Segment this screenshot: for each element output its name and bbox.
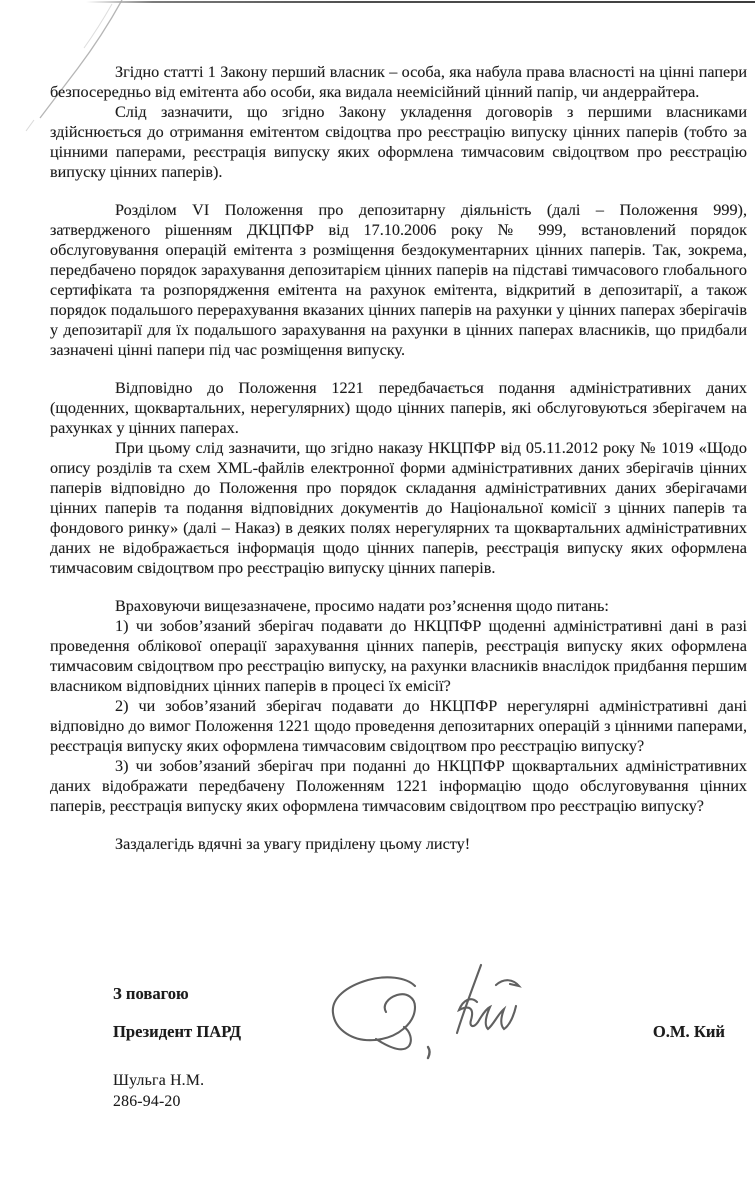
paragraph-questions-intro: Враховуючи вищезазначене, просимо надати… — [50, 596, 747, 616]
executor-phone: 286-94-20 — [113, 1091, 204, 1112]
paragraph-contracts: Слід зазначити, що згідно Закону укладен… — [50, 102, 747, 182]
executor-name: Шульга Н.М. — [113, 1070, 204, 1091]
signer-title: Президент ПАРД — [113, 1022, 241, 1042]
paragraph-thanks: Заздалегідь вдячні за увагу приділену ць… — [50, 834, 747, 854]
handwritten-signature — [318, 952, 528, 1067]
signer-name: О.М. Кий — [653, 1022, 725, 1042]
closing-salutation: З повагою — [113, 984, 189, 1004]
paragraph-regulation-1221: Відповідно до Положення 1221 передбачаєт… — [50, 378, 747, 438]
paragraph-question-3: 3) чи зобов’язаний зберігач при поданні … — [50, 756, 747, 816]
scanned-letter-page: Згідно статті 1 Закону перший власник – … — [0, 0, 755, 1200]
paragraph-order-1019: При цьому слід зазначити, що згідно нака… — [50, 438, 747, 578]
paragraph-question-1: 1) чи зобов’язаний зберігач подавати до … — [50, 616, 747, 696]
paragraph-question-2: 2) чи зобов’язаний зберігач подавати до … — [50, 696, 747, 756]
executor-block: Шульга Н.М. 286-94-20 — [113, 1070, 204, 1112]
paragraph-first-owner: Згідно статті 1 Закону перший власник – … — [50, 62, 747, 102]
scan-edge-line — [86, 1, 755, 3]
letter-body: Згідно статті 1 Закону перший власник – … — [50, 62, 747, 854]
paragraph-regulation-999: Розділом VI Положення про депозитарну ді… — [50, 200, 747, 360]
